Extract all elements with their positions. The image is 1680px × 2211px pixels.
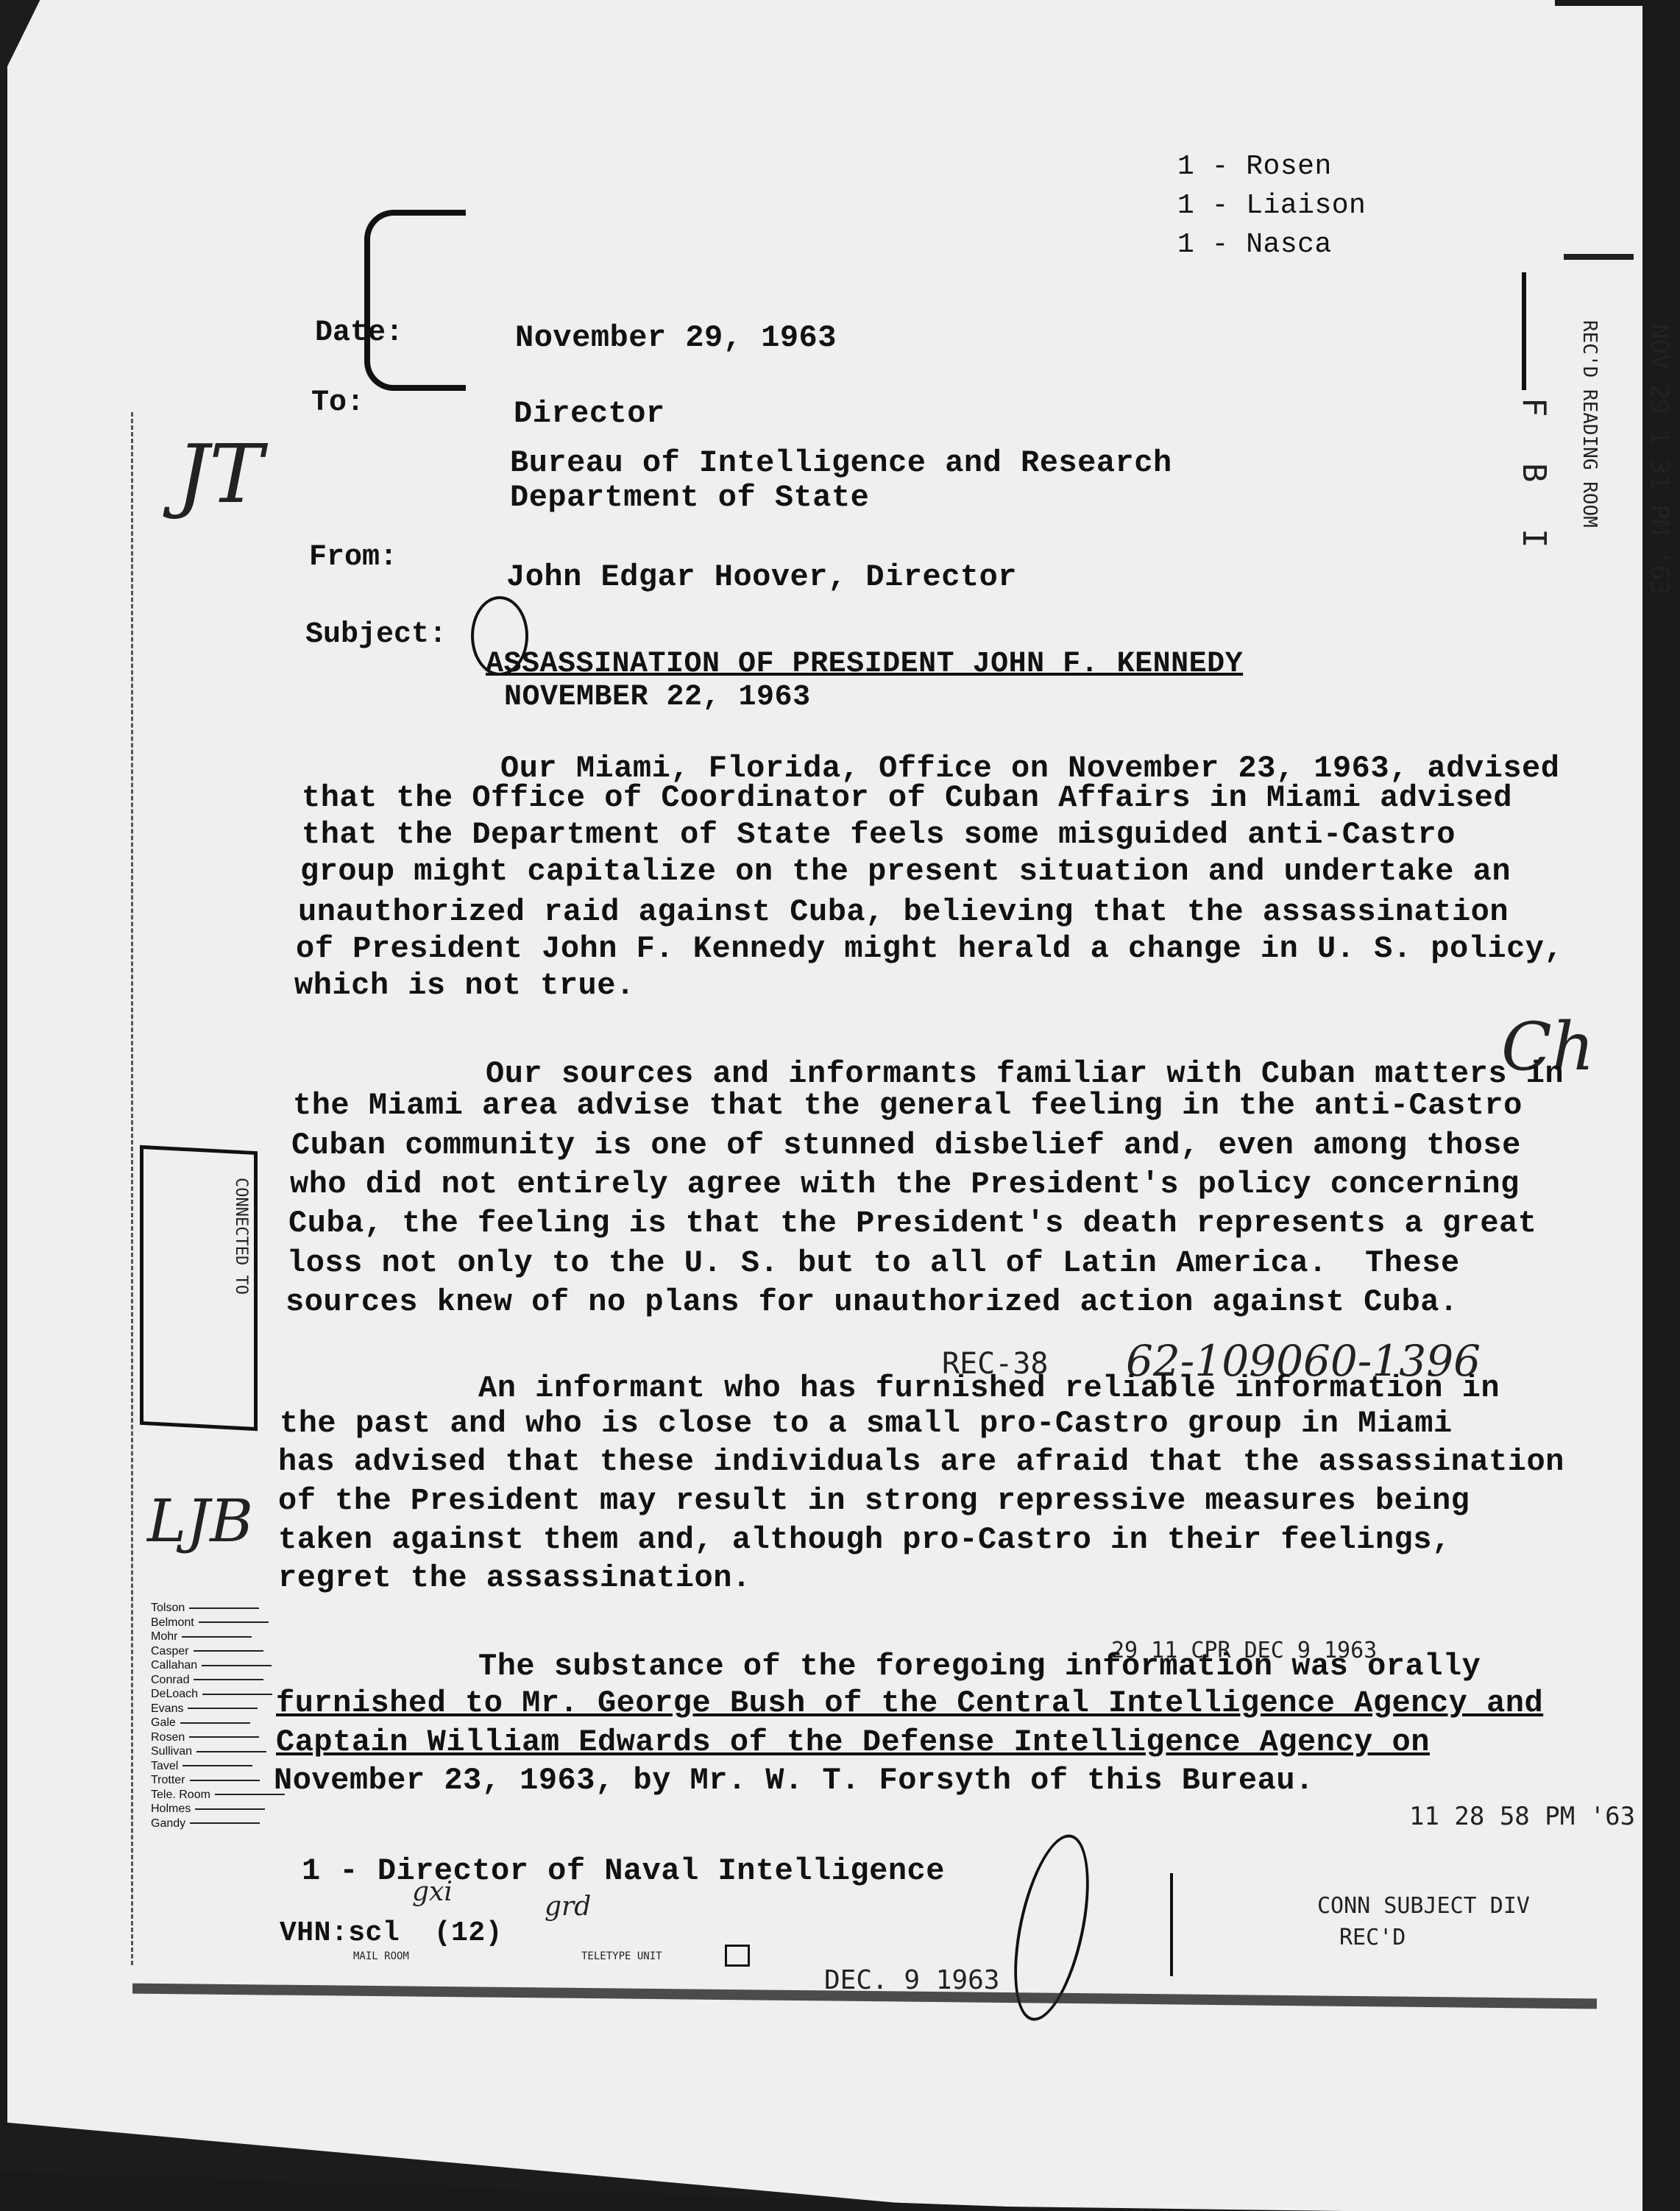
- routing-name: Evans: [151, 1702, 183, 1716]
- to-line: Department of State: [510, 480, 869, 515]
- stamp-bar: [1522, 272, 1526, 390]
- body-line: of President John F. Kennedy might heral…: [296, 931, 1563, 966]
- routing-line: [180, 1722, 250, 1724]
- routing-line: [188, 1708, 258, 1709]
- routing-item: Casper: [151, 1644, 285, 1659]
- received-stamp-time: NOV 29 1 31 PM '63: [1645, 324, 1674, 595]
- routing-name: Rosen: [151, 1730, 185, 1745]
- distribution-name: Rosen: [1246, 151, 1332, 183]
- handwritten-initials: JT: [177, 427, 263, 521]
- routing-item: Tavel: [151, 1759, 285, 1774]
- routing-item: Gale: [151, 1716, 285, 1730]
- routing-line: [202, 1665, 272, 1666]
- header-bracket: [364, 210, 466, 391]
- subject-line: NOVEMBER 22, 1963: [504, 681, 811, 714]
- body-line: Captain William Edwards of the Defense I…: [276, 1724, 1430, 1760]
- routing-name: Tavel: [151, 1759, 178, 1774]
- teletype-label: TELETYPE UNIT: [581, 1950, 662, 1962]
- connected-stamp-text: CONNECTED TO: [232, 1178, 250, 1295]
- routing-line: [182, 1765, 252, 1766]
- routing-line: [182, 1636, 252, 1638]
- stamp-mark: [1564, 254, 1634, 260]
- routing-name: Casper: [151, 1644, 189, 1659]
- from-value: John Edgar Hoover, Director: [506, 559, 1017, 595]
- routing-name: Sullivan: [151, 1744, 192, 1759]
- subject-label: Subject:: [305, 618, 447, 651]
- routing-name: Trotter: [151, 1773, 185, 1788]
- from-label: From:: [309, 541, 397, 574]
- body-line: An informant who has furnished reliable …: [478, 1370, 1500, 1406]
- routing-line: [190, 1780, 260, 1781]
- subject-line: ASSASSINATION OF PRESIDENT JOHN F. KENNE…: [486, 648, 1243, 681]
- body-line: that the Office of Coordinator of Cuban …: [302, 780, 1512, 816]
- body-line: unauthorized raid against Cuba, believin…: [298, 894, 1509, 930]
- received-stamp-reading-room: REC'D READING ROOM: [1578, 320, 1601, 528]
- conn-subject-stamp: CONN SUBJECT DIV: [1317, 1893, 1530, 1919]
- signature-mark: [1170, 1873, 1173, 1976]
- routing-item: Gandy: [151, 1816, 285, 1831]
- routing-name: Conrad: [151, 1673, 189, 1688]
- body-line: The substance of the foregoing informati…: [478, 1649, 1481, 1684]
- received-stamp-fbi: F B I: [1515, 397, 1553, 561]
- body-line: November 23, 1963, by Mr. W. T. Forsyth …: [274, 1763, 1314, 1798]
- distribution-name: Nasca: [1246, 229, 1332, 261]
- distribution-item: 1 - Rosen: [1177, 151, 1332, 183]
- body-line: the Miami area advise that the general f…: [293, 1088, 1523, 1123]
- mail-room-label: MAIL ROOM: [353, 1950, 409, 1962]
- routing-line: [199, 1621, 269, 1623]
- margin-line: [131, 412, 135, 1965]
- routing-line: [202, 1694, 272, 1695]
- body-line: loss not only to the U. S. but to all of…: [287, 1245, 1460, 1281]
- distribution-count: 1: [1177, 229, 1194, 261]
- distribution-count: 1: [1177, 190, 1194, 222]
- routing-item: Conrad: [151, 1673, 285, 1688]
- distribution-count: 1: [1177, 151, 1194, 183]
- routing-item: Rosen: [151, 1730, 285, 1745]
- body-line: Our sources and informants familiar with…: [486, 1056, 1564, 1092]
- side-number-stamp: 11 28 58 PM '63: [1409, 1802, 1635, 1831]
- body-line: that the Department of State feels some …: [302, 817, 1456, 852]
- handwriting: gxi: [412, 1877, 453, 1907]
- routing-item: Mohr: [151, 1630, 285, 1644]
- routing-line: [194, 1650, 263, 1652]
- routing-line: [195, 1808, 265, 1810]
- body-line: who did not entirely agree with the Pres…: [290, 1167, 1520, 1202]
- routing-item: Callahan: [151, 1658, 285, 1673]
- date-label: Date:: [315, 316, 403, 350]
- routing-item: Tele. Room: [151, 1788, 285, 1803]
- routing-item: Holmes: [151, 1802, 285, 1816]
- routing-name: Callahan: [151, 1658, 197, 1673]
- body-line: taken against them and, although pro-Cas…: [278, 1522, 1451, 1557]
- distribution-name: Liaison: [1246, 190, 1366, 222]
- routing-line: [190, 1822, 260, 1824]
- body-line: has advised that these individuals are a…: [278, 1444, 1564, 1479]
- conn-subject-stamp: REC'D: [1339, 1925, 1406, 1950]
- routing-name: Holmes: [151, 1802, 191, 1816]
- scan-edge-top: [1555, 0, 1643, 6]
- routing-name: Belmont: [151, 1616, 194, 1630]
- routing-line: [189, 1736, 259, 1738]
- routing-line: [189, 1607, 259, 1609]
- body-line: Cuba, the feeling is that the President'…: [288, 1206, 1537, 1241]
- to-label: To:: [311, 386, 364, 420]
- body-line: which is not true.: [294, 968, 635, 1003]
- handwriting: grd: [545, 1892, 591, 1922]
- routing-line: [196, 1751, 266, 1752]
- routing-line: [215, 1794, 285, 1795]
- routing-name: Gale: [151, 1716, 176, 1730]
- routing-name: Mohr: [151, 1630, 177, 1644]
- routing-item: Evans: [151, 1702, 285, 1716]
- to-line: Bureau of Intelligence and Research: [510, 445, 1172, 481]
- routing-name: Tolson: [151, 1601, 185, 1616]
- body-line: Cuban community is one of stunned disbel…: [291, 1128, 1521, 1163]
- routing-item: Belmont: [151, 1616, 285, 1630]
- body-line: furnished to Mr. George Bush of the Cent…: [276, 1685, 1543, 1721]
- to-line: Director: [514, 396, 665, 431]
- handwritten-initials: LJB: [147, 1487, 253, 1555]
- routing-item: DeLoach: [151, 1687, 285, 1702]
- routing-item: Trotter: [151, 1773, 285, 1788]
- body-line: group might capitalize on the present si…: [300, 854, 1511, 889]
- routing-name: DeLoach: [151, 1687, 198, 1702]
- body-line: sources knew of no plans for unauthorize…: [286, 1284, 1459, 1320]
- routing-item: Tolson: [151, 1601, 285, 1616]
- distribution-item: 1 - Liaison: [1177, 190, 1366, 222]
- routing-slip: Tolson Belmont Mohr Casper Callahan Conr…: [151, 1601, 285, 1830]
- distribution-item: 1 - Nasca: [1177, 229, 1332, 261]
- copy-line: 1 - Director of Naval Intelligence: [302, 1853, 945, 1889]
- routing-item: Sullivan: [151, 1744, 285, 1759]
- routing-name: Tele. Room: [151, 1788, 210, 1803]
- date-value: November 29, 1963: [515, 320, 837, 355]
- body-line: of the President may result in strong re…: [278, 1483, 1470, 1518]
- body-line: the past and who is close to a small pro…: [280, 1406, 1453, 1441]
- body-line: regret the assassination.: [278, 1560, 751, 1596]
- routing-line: [194, 1679, 263, 1680]
- teletype-checkbox: [725, 1945, 750, 1967]
- routing-name: Gandy: [151, 1816, 185, 1831]
- typist-reference: VHN:scl (12): [280, 1917, 503, 1949]
